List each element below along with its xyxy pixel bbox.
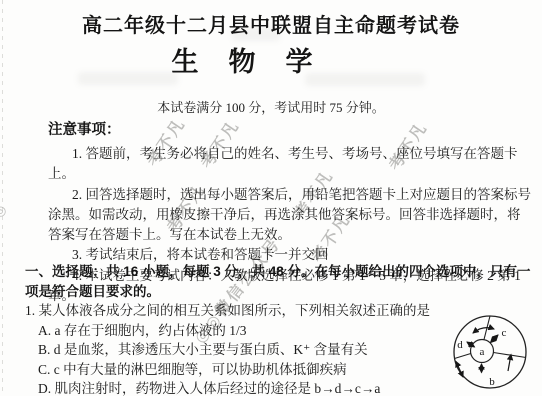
exam-paper-page: 考不凡 考不凡 考不凡 考不凡 考不凡 考不凡 ◎◎微信公众号 ◎ 高二年级十二… [0, 0, 542, 396]
scan-edge-line [2, 0, 3, 396]
paper-title: 高二年级十二月县中联盟自主命题考试卷 [0, 9, 542, 38]
divider-right [494, 353, 527, 358]
arrow-d-c [473, 328, 494, 333]
notice-heading: 注意事项： [48, 118, 532, 139]
figure-label-c: c [502, 327, 507, 339]
divider-left [455, 354, 471, 359]
figure-label-a: a [480, 346, 485, 358]
bleed-through-smudge [78, 72, 178, 85]
arrow-d-b [456, 362, 463, 378]
body-fluid-diagram: a c d b [444, 300, 538, 396]
exam-info: 本试卷满分 100 分，考试用时 75 分钟。 [0, 97, 542, 116]
question-1-figure: a c d b [444, 300, 538, 396]
subject-title: 生物学 [172, 40, 343, 79]
section-heading: 一、选择题：共 16 小题，每题 3 分，共 48 分。在每小题给出的四个选项中… [25, 262, 531, 301]
notice-item-2: 2. 回答选择题时，选出每小题答案后，用铅笔把答题卡上对应题目的答案标号涂黑。如… [48, 185, 532, 246]
watermark-edge-mark: ◎ [0, 203, 6, 219]
notice-item-1: 1. 答题前，考生务必将自己的姓名、考生号、考场号、座位号填写在答题卡上。 [48, 144, 532, 185]
arrow-a-c [491, 335, 499, 343]
arrow-b-c [508, 355, 511, 372]
figure-label-b: b [489, 376, 495, 388]
figure-label-d: d [457, 339, 463, 351]
